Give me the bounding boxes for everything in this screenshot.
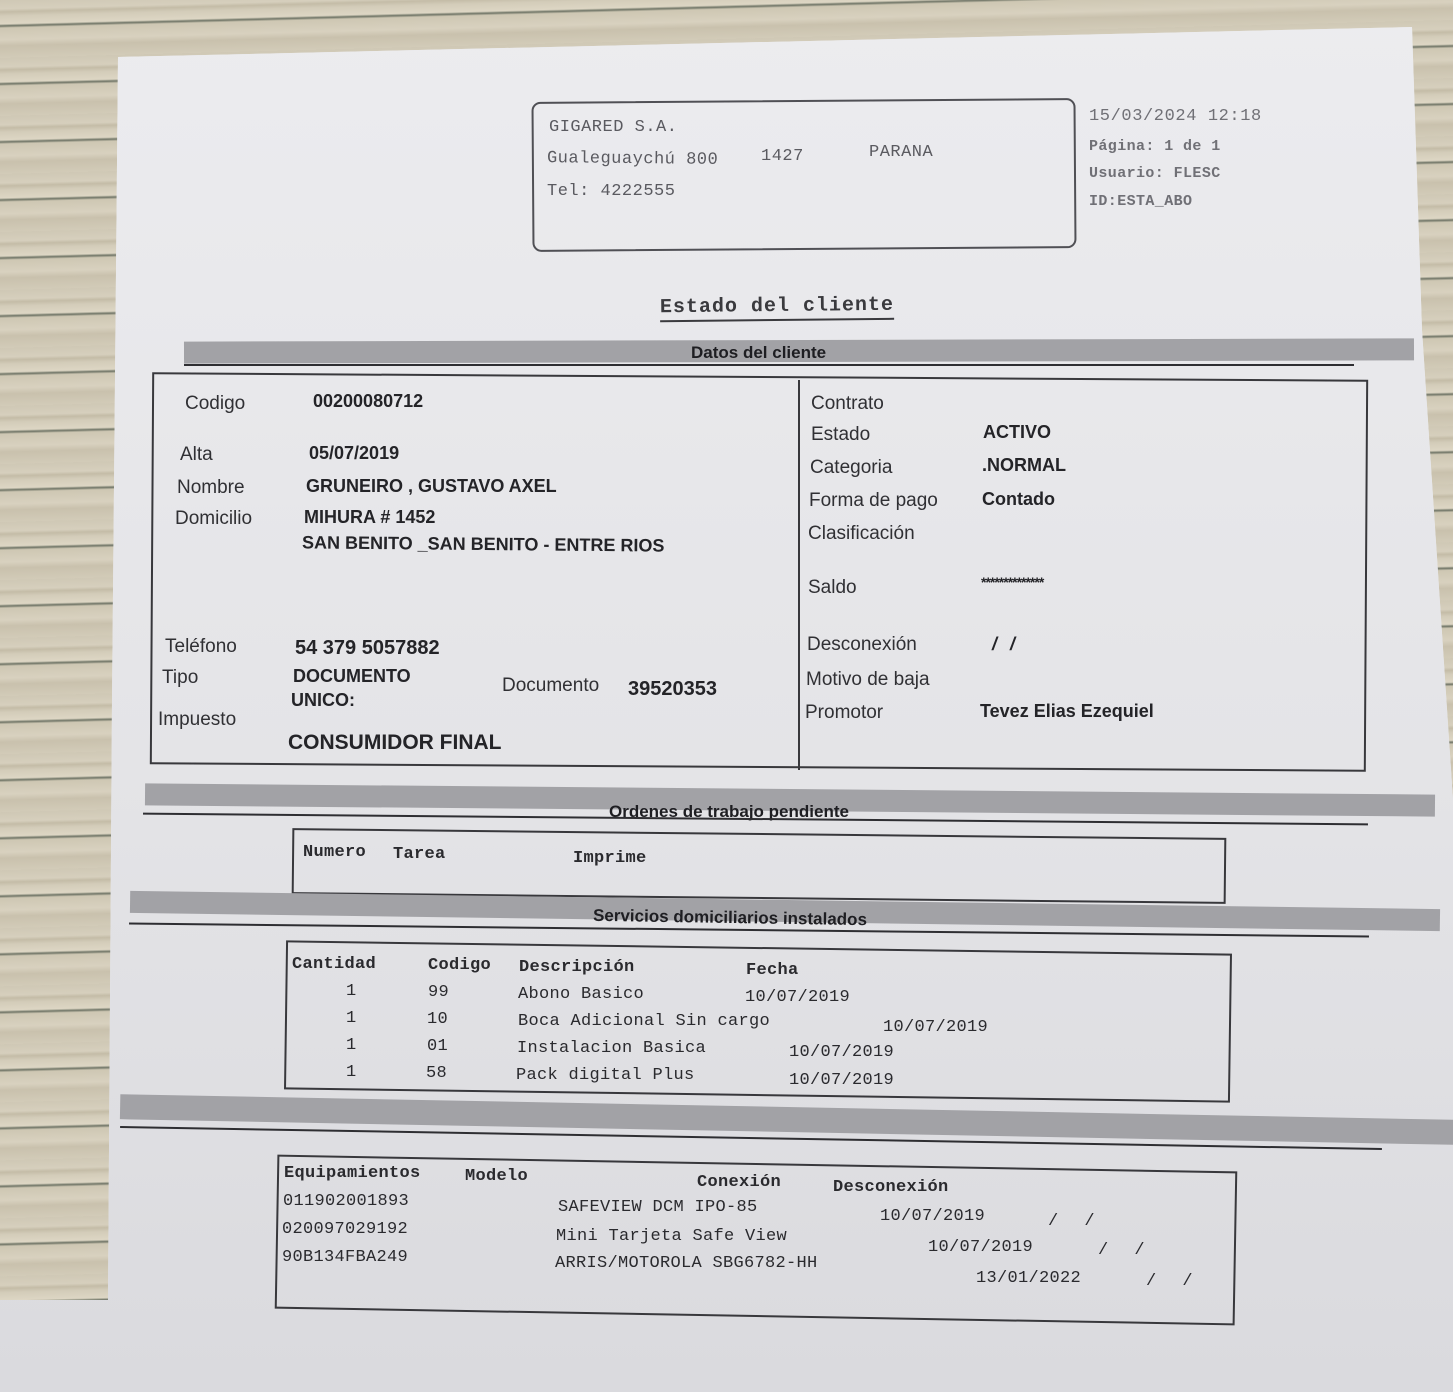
saldo-label: Saldo xyxy=(808,577,857,599)
company-city: PARANA xyxy=(869,143,933,162)
work-orders-box xyxy=(292,828,1227,904)
equipment-col-desconexion: Desconexión xyxy=(833,1178,949,1197)
services-row-fecha: 10/07/2019 xyxy=(883,1018,988,1037)
codigo-value: 00200080712 xyxy=(313,391,423,412)
clasificacion-label: Clasificación xyxy=(808,523,915,545)
company-street: Gualeguaychú 800 xyxy=(547,149,718,170)
services-row-descripcion: Abono Basico xyxy=(518,985,644,1004)
services-row-descripcion: Pack digital Plus xyxy=(516,1066,695,1085)
documento-value: 39520353 xyxy=(628,678,717,701)
documento-label: Documento xyxy=(502,675,599,697)
equipment-row-desconexion: / / xyxy=(1048,1212,1103,1231)
forma-pago-label: Forma de pago xyxy=(809,490,938,512)
equipment-row-conexion: 13/01/2022 xyxy=(976,1269,1081,1288)
divider xyxy=(184,364,1354,366)
services-col-cantidad: Cantidad xyxy=(292,955,376,974)
services-row-cantidad: 1 xyxy=(346,982,357,1001)
nombre-value: GRUNEIRO , GUSTAVO AXEL xyxy=(306,476,557,497)
services-row-fecha: 10/07/2019 xyxy=(789,1043,894,1062)
alta-label: Alta xyxy=(180,444,213,466)
section-heading-services: Servicios domiciliarios instalados xyxy=(593,906,867,930)
company-postal-code: 1427 xyxy=(761,147,804,166)
motivo-baja-label: Motivo de baja xyxy=(806,669,930,691)
categoria-value: .NORMAL xyxy=(982,455,1066,476)
client-data-box xyxy=(150,372,1368,771)
nombre-label: Nombre xyxy=(177,477,245,499)
impuesto-value: CONSUMIDOR FINAL xyxy=(288,731,502,755)
equipment-row-modelo: SAFEVIEW DCM IPO-85 xyxy=(558,1198,758,1217)
services-row-fecha: 10/07/2019 xyxy=(745,988,850,1007)
report-user: Usuario: FLESC xyxy=(1089,165,1221,182)
telefono-value: 54 379 5057882 xyxy=(295,637,440,660)
equipment-row-equipo: 011902001893 xyxy=(283,1192,409,1211)
tipo-label: Tipo xyxy=(162,667,198,689)
forma-pago-value: Contado xyxy=(982,489,1055,510)
equipment-row-equipo: 020097029192 xyxy=(282,1220,408,1239)
equipment-row-conexion: 10/07/2019 xyxy=(880,1207,985,1226)
printed-report-page: GIGARED S.A. Gualeguaychú 800 1427 PARAN… xyxy=(0,0,1453,1392)
tipo-value-line2: UNICO: xyxy=(291,690,355,711)
desconexion-value: / / xyxy=(992,634,1019,655)
categoria-label: Categoria xyxy=(810,457,892,479)
equipment-row-conexion: 10/07/2019 xyxy=(928,1238,1033,1257)
services-row-cantidad: 1 xyxy=(346,1063,357,1082)
equipment-row-desconexion: / / xyxy=(1146,1272,1201,1291)
client-box-divider xyxy=(798,380,800,770)
services-col-fecha: Fecha xyxy=(746,961,799,980)
contrato-label: Contrato xyxy=(811,393,884,415)
report-id: ID:ESTA_ABO xyxy=(1089,193,1192,210)
equipment-row-equipo: 90B134FBA249 xyxy=(282,1248,408,1267)
codigo-label: Codigo xyxy=(185,393,245,415)
estado-label: Estado xyxy=(811,424,870,446)
page-title: Estado del cliente xyxy=(660,294,894,322)
work-orders-col-numero: Numero xyxy=(303,843,366,862)
domicilio-label: Domicilio xyxy=(175,508,252,530)
services-row-cantidad: 1 xyxy=(346,1036,357,1055)
services-col-codigo: Codigo xyxy=(428,956,491,975)
domicilio-line1: MIHURA # 1452 xyxy=(304,507,435,528)
equipment-col-conexion: Conexión xyxy=(697,1173,781,1192)
alta-value: 05/07/2019 xyxy=(309,443,399,464)
report-page: Página: 1 de 1 xyxy=(1089,138,1221,155)
impuesto-label: Impuesto xyxy=(158,709,236,731)
services-row-codigo: 01 xyxy=(427,1037,448,1056)
services-row-codigo: 99 xyxy=(428,983,449,1002)
company-phone: Tel: 4222555 xyxy=(547,182,675,201)
promotor-value: Tevez Elias Ezequiel xyxy=(980,701,1154,722)
equipment-row-desconexion: / / xyxy=(1098,1241,1153,1260)
services-row-descripcion: Boca Adicional Sin cargo xyxy=(518,1012,770,1031)
section-heading-client: Datos del cliente xyxy=(691,343,826,363)
services-row-descripcion: Instalacion Basica xyxy=(517,1039,706,1058)
services-row-codigo: 10 xyxy=(427,1010,448,1029)
company-name: GIGARED S.A. xyxy=(549,118,677,137)
domicilio-line2: SAN BENITO _SAN BENITO - ENTRE RIOS xyxy=(302,532,665,556)
services-col-descripcion: Descripción xyxy=(519,958,635,977)
services-row-fecha: 10/07/2019 xyxy=(789,1071,894,1090)
equipment-row-modelo: ARRIS/MOTOROLA SBG6782-HH xyxy=(555,1254,818,1273)
report-datetime: 15/03/2024 12:18 xyxy=(1089,107,1262,126)
promotor-label: Promotor xyxy=(805,702,883,724)
estado-value: ACTIVO xyxy=(983,422,1051,443)
equipment-col-modelo: Modelo xyxy=(465,1167,528,1186)
tipo-value-line1: DOCUMENTO xyxy=(293,666,411,687)
telefono-label: Teléfono xyxy=(165,636,237,658)
services-row-cantidad: 1 xyxy=(346,1009,357,1028)
equipment-col-equipamientos: Equipamientos xyxy=(284,1164,421,1183)
work-orders-col-tarea: Tarea xyxy=(393,845,446,864)
desconexion-label: Desconexión xyxy=(807,634,917,656)
equipment-row-modelo: Mini Tarjeta Safe View xyxy=(556,1227,787,1246)
services-row-codigo: 58 xyxy=(426,1064,447,1083)
work-orders-col-imprime: Imprime xyxy=(573,849,647,868)
saldo-value: ************** xyxy=(981,574,1043,590)
